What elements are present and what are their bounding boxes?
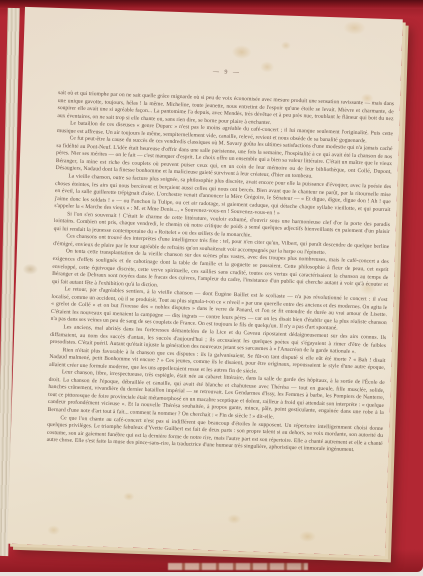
page-block-edge-bottom [168, 563, 308, 570]
page-text: sait où et qui triomphe par on ne sait q… [47, 90, 395, 456]
page-number: — 9 — [59, 64, 395, 81]
book-photo: — 9 — sait où et qui triomphe par on ne … [0, 0, 423, 576]
book-page: — 9 — sait où et qui triomphe par on ne … [7, 7, 403, 556]
